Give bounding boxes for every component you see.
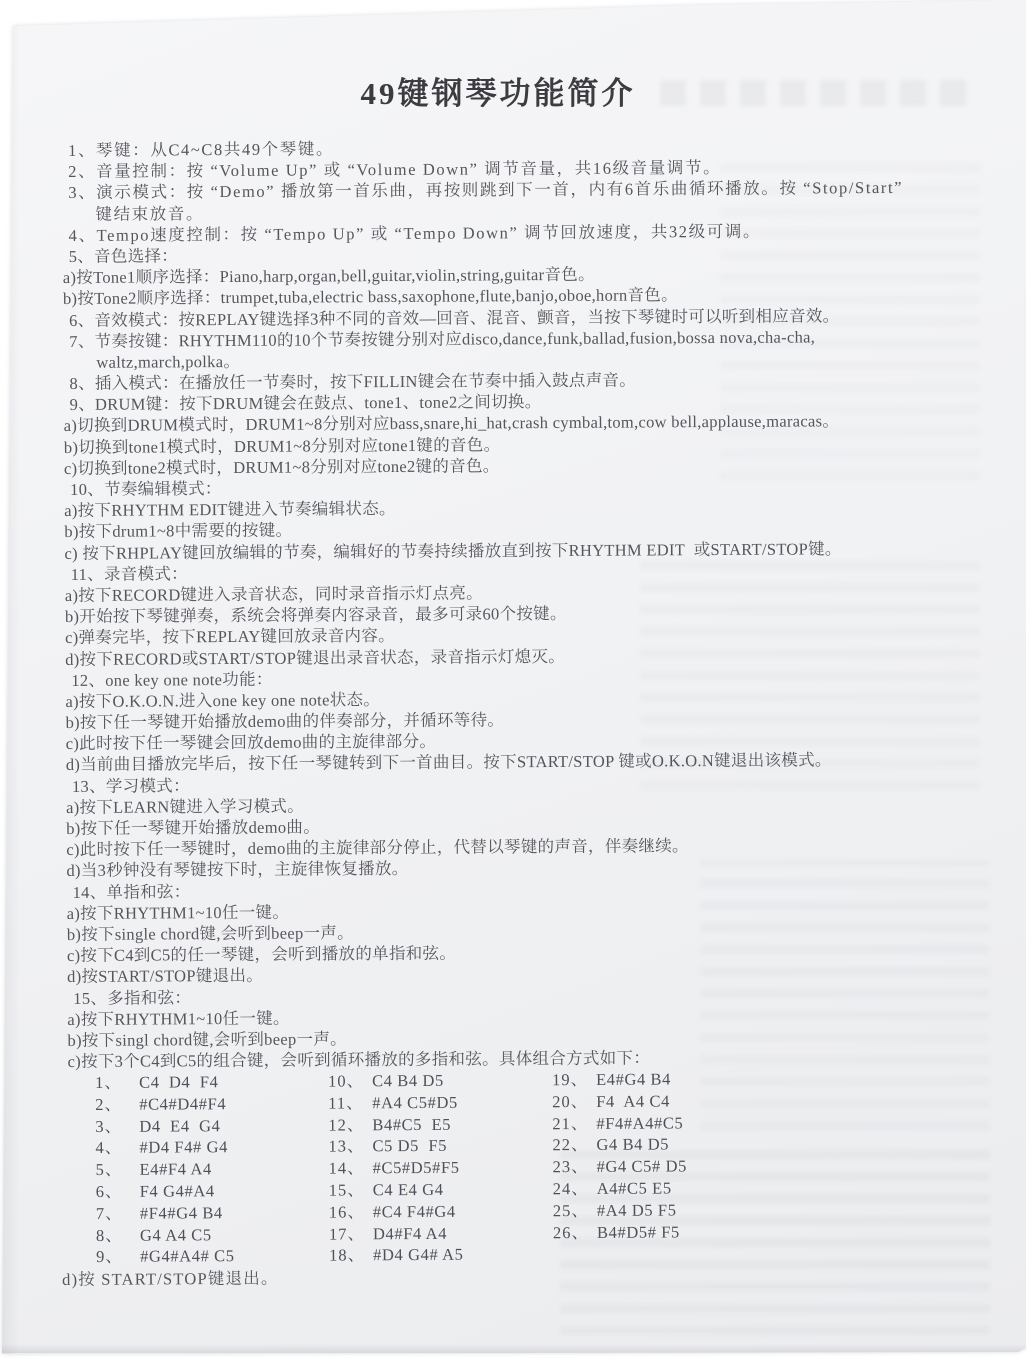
chord-entry: 13、C5 D5 F5 bbox=[328, 1135, 462, 1158]
chord-notes: #A4 D5 F5 bbox=[597, 1199, 677, 1221]
chord-entry: 22、G4 B4 D5 bbox=[552, 1134, 686, 1157]
chord-column-3: 19、E4#G4 B420、F4 A4 C421、#F4#A4#C522、G4 … bbox=[552, 1068, 687, 1243]
chord-entry: 12、B4#C5 E5 bbox=[328, 1113, 462, 1136]
chord-notes: E4#G4 B4 bbox=[596, 1068, 671, 1090]
chord-number: 22、 bbox=[552, 1134, 596, 1156]
chord-number: 14、 bbox=[329, 1157, 373, 1179]
chord-notes: #C5#D5#F5 bbox=[373, 1157, 460, 1179]
chord-entry: 20、F4 A4 C4 bbox=[552, 1090, 686, 1113]
chord-number: 26、 bbox=[553, 1222, 597, 1244]
instruction-list: 1、琴键：从C4~C8共49个琴键。2、音量控制：按 “Volume Up” 或… bbox=[62, 134, 988, 1072]
paper-edge-shade-left bbox=[0, 20, 20, 1356]
chord-number: 12、 bbox=[328, 1114, 372, 1136]
chord-notes: #D4 F4# G4 bbox=[139, 1137, 228, 1159]
chord-number: 13、 bbox=[328, 1136, 372, 1158]
chord-notes: C5 D5 F5 bbox=[372, 1135, 447, 1157]
chord-number: 19、 bbox=[552, 1069, 596, 1091]
chord-entry: 3、D4 E4 G4 bbox=[95, 1115, 234, 1138]
chord-notes: A4#C5 E5 bbox=[597, 1177, 672, 1199]
chord-number: 5、 bbox=[96, 1159, 140, 1181]
chord-notes: #D4 G4# A5 bbox=[373, 1244, 463, 1266]
chord-number: 15、 bbox=[329, 1179, 373, 1201]
chord-notes: G4 A4 C5 bbox=[140, 1224, 212, 1246]
chord-entry: 8、G4 A4 C5 bbox=[96, 1224, 235, 1247]
chord-notes: C4 D4 F4 bbox=[139, 1071, 218, 1093]
chord-number: 17、 bbox=[329, 1223, 373, 1245]
chord-entry: 25、#A4 D5 F5 bbox=[553, 1199, 687, 1222]
instruction-line-footer: d)按 START/STOP键退出。 bbox=[62, 1265, 279, 1290]
chord-notes: F4 G4#A4 bbox=[140, 1180, 215, 1202]
chord-entry: 4、#D4 F4# G4 bbox=[95, 1137, 234, 1160]
chord-number: 2、 bbox=[95, 1094, 139, 1116]
chord-number: 25、 bbox=[553, 1200, 597, 1222]
chord-number: 7、 bbox=[96, 1203, 140, 1225]
chord-notes: D4 E4 G4 bbox=[139, 1115, 220, 1137]
chord-entry: 16、#C4 F4#G4 bbox=[329, 1201, 463, 1224]
chord-notes: B4#D5# F5 bbox=[597, 1221, 680, 1243]
chord-notes: #G4 C5# D5 bbox=[597, 1156, 687, 1178]
chord-number: 11、 bbox=[328, 1092, 372, 1114]
chord-notes: #A4 C5#D5 bbox=[372, 1092, 458, 1114]
chord-number: 23、 bbox=[553, 1156, 597, 1178]
chord-notes: F4 A4 C4 bbox=[596, 1090, 670, 1112]
chord-number: 21、 bbox=[552, 1113, 596, 1135]
paper-edge-shade-bottom bbox=[0, 1344, 1026, 1353]
chord-entry: 10、C4 B4 D5 bbox=[328, 1070, 462, 1093]
paper-page: 49键钢琴功能简介 1、琴键：从C4~C8共49个琴键。2、音量控制：按 “Vo… bbox=[0, 0, 1026, 1364]
chord-notes: #F4#G4 B4 bbox=[140, 1202, 223, 1224]
chord-entry: 1、C4 D4 F4 bbox=[95, 1071, 234, 1094]
chord-number: 3、 bbox=[95, 1115, 139, 1137]
chord-entry: 5、E4#F4 A4 bbox=[96, 1158, 235, 1181]
chord-notes: G4 B4 D5 bbox=[596, 1134, 669, 1156]
chord-number: 8、 bbox=[96, 1224, 140, 1246]
chord-entry: 2、#C4#D4#F4 bbox=[95, 1093, 234, 1116]
chord-notes: C4 B4 D5 bbox=[372, 1070, 444, 1092]
chord-number: 10、 bbox=[328, 1070, 372, 1092]
chord-notes: #C4#D4#F4 bbox=[139, 1093, 226, 1115]
chord-number: 4、 bbox=[95, 1137, 139, 1159]
chord-combination-table: 1、C4 D4 F42、#C4#D4#F43、D4 E4 G44、#D4 F4#… bbox=[95, 1068, 796, 1272]
chord-notes: B4#C5 E5 bbox=[372, 1113, 451, 1135]
chord-number: 20、 bbox=[552, 1091, 596, 1113]
chord-notes: #C4 F4#G4 bbox=[373, 1201, 456, 1223]
chord-entry: 24、A4#C5 E5 bbox=[553, 1177, 687, 1200]
chord-column-2: 10、C4 B4 D511、#A4 C5#D512、B4#C5 E513、C5 … bbox=[328, 1070, 464, 1267]
chord-notes: E4#F4 A4 bbox=[140, 1158, 212, 1180]
chord-entry: 17、D4#F4 A4 bbox=[329, 1222, 463, 1245]
chord-number: 6、 bbox=[96, 1181, 140, 1203]
chord-number: 18、 bbox=[329, 1245, 373, 1267]
instruction-line: c)按下3个C4到C5的组合键，会听到循环播放的多指和弦。具体组合方式如下： bbox=[68, 1045, 988, 1072]
chord-entry: 7、#F4#G4 B4 bbox=[96, 1202, 235, 1225]
chord-number: 16、 bbox=[329, 1201, 373, 1223]
chord-number: 24、 bbox=[553, 1178, 597, 1200]
chord-entry: 23、#G4 C5# D5 bbox=[553, 1156, 687, 1179]
chord-entry: 21、#F4#A4#C5 bbox=[552, 1112, 686, 1135]
chord-entry: 11、#A4 C5#D5 bbox=[328, 1092, 462, 1115]
chord-entry: 14、#C5#D5#F5 bbox=[329, 1157, 463, 1180]
chord-entry: 18、#D4 G4# A5 bbox=[329, 1244, 463, 1267]
chord-column-1: 1、C4 D4 F42、#C4#D4#F43、D4 E4 G44、#D4 F4#… bbox=[95, 1071, 235, 1268]
chord-notes: C4 E4 G4 bbox=[373, 1179, 444, 1201]
chord-entry: 19、E4#G4 B4 bbox=[552, 1068, 686, 1091]
chord-entry: 6、F4 G4#A4 bbox=[96, 1180, 235, 1203]
chord-notes: D4#F4 A4 bbox=[373, 1222, 447, 1244]
chord-entry: 15、C4 E4 G4 bbox=[329, 1179, 463, 1202]
chord-entry: 26、B4#D5# F5 bbox=[553, 1221, 687, 1244]
photo-frame: 49键钢琴功能简介 1、琴键：从C4~C8共49个琴键。2、音量控制：按 “Vo… bbox=[0, 0, 1026, 1364]
chord-number: 1、 bbox=[95, 1072, 139, 1094]
chord-notes: #F4#A4#C5 bbox=[596, 1112, 683, 1134]
document-title: 49键钢琴功能简介 bbox=[0, 68, 996, 113]
